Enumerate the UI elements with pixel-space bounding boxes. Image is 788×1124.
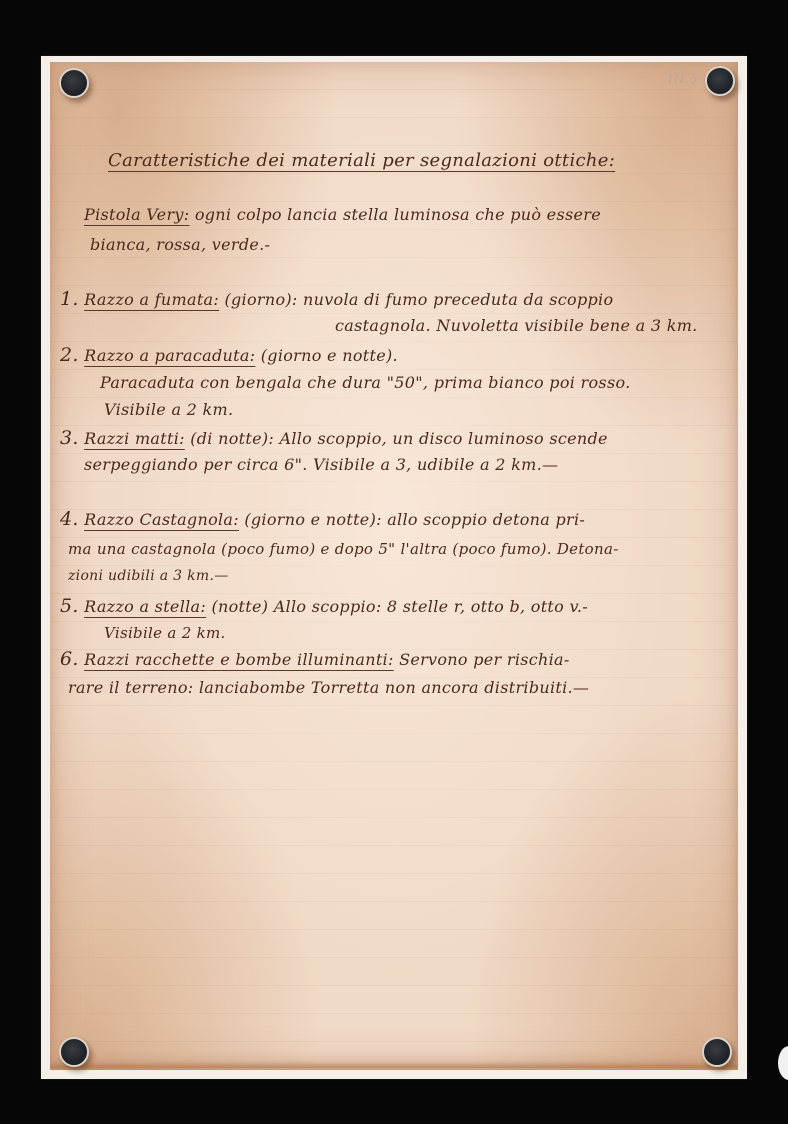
item-6-number: 6. [60, 648, 79, 670]
item-3-text: (di notte): Allo scoppio, un disco lumin… [190, 429, 608, 448]
pin-icon-top-right [705, 66, 735, 96]
sheet-bottom-curl [50, 1062, 738, 1068]
item-2-line-1: 2. Razzo a paracaduta: (giorno e notte). [60, 344, 398, 366]
item-6-line-1: 6. Razzi racchette e bombe illuminanti: … [60, 648, 570, 670]
catalog-mark: III.5 [668, 72, 699, 86]
item-4-line-3: zioni udibili a 3 km.— [68, 568, 229, 584]
item-1-number: 1. [60, 288, 79, 310]
item-6-text: Servono per rischia- [399, 650, 570, 669]
intro-line-1: Pistola Very: ogni colpo lancia stella l… [84, 205, 601, 224]
item-3-number: 3. [60, 427, 79, 449]
item-3-line-2: serpeggiando per circa 6". Visibile a 3,… [84, 455, 558, 474]
item-4-line-1: 4. Razzo Castagnola: (giorno e notte): a… [60, 508, 585, 530]
intro-label: Pistola Very: [84, 205, 189, 224]
item-2-number: 2. [60, 344, 79, 366]
item-2-heading: Razzo a paracaduta: [84, 346, 255, 365]
item-1-heading: Razzo a fumata: [84, 290, 219, 309]
item-4-number: 4. [60, 508, 79, 530]
item-3-line-1: 3. Razzi matti: (di notte): Allo scoppio… [60, 427, 608, 449]
item-4-heading: Razzo Castagnola: [84, 510, 239, 529]
item-3-heading: Razzi matti: [84, 429, 185, 448]
item-5-text: (notte) Allo scoppio: 8 stelle r, otto b… [211, 597, 588, 616]
item-6-heading: Razzi racchette e bombe illuminanti: [84, 650, 394, 669]
pin-icon-bottom-left [59, 1037, 89, 1067]
item-4-text: (giorno e notte): allo scoppio detona pr… [244, 510, 585, 529]
item-5-line-2: Visibile a 2 km. [104, 624, 226, 642]
item-5-line-1: 5. Razzo a stella: (notte) Allo scoppio:… [60, 595, 588, 617]
item-2-text: (giorno e notte). [261, 346, 398, 365]
item-4-line-2: ma una castagnola (poco fumo) e dopo 5" … [68, 540, 619, 558]
item-2-line-2: Paracaduta con bengala che dura "50", pr… [100, 373, 631, 392]
item-6-line-2: rare il terreno: lanciabombe Torretta no… [68, 678, 589, 697]
item-2-line-3: Visibile a 2 km. [104, 400, 233, 419]
item-5-number: 5. [60, 595, 79, 617]
item-1-line-1: 1. Razzo a fumata: (giorno): nuvola di f… [60, 288, 613, 310]
pin-icon-bottom-right [702, 1037, 732, 1067]
document-title: Caratteristiche dei materiali per segnal… [108, 150, 615, 171]
item-1-text: (giorno): nuvola di fumo preceduta da sc… [224, 290, 613, 309]
item-5-heading: Razzo a stella: [84, 597, 206, 616]
intro-line-2: bianca, rossa, verde.- [90, 235, 270, 254]
pin-icon-top-left [59, 68, 89, 98]
intro-text-1: ogni colpo lancia stella luminosa che pu… [195, 205, 601, 224]
item-1-line-2: castagnola. Nuvoletta visibile bene a 3 … [335, 316, 698, 335]
